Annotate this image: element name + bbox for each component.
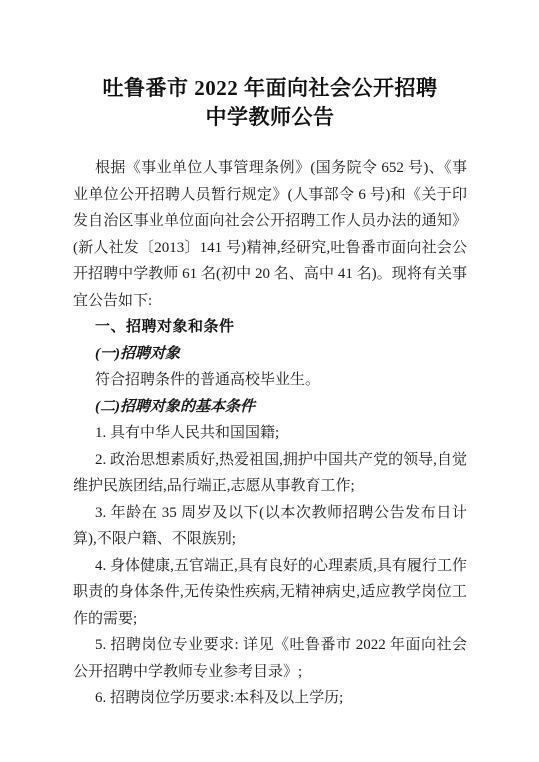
condition-item-5: 5. 招聘岗位专业要求: 详见《吐鲁番市 2022 年面向社会公开招聘中学教师专… xyxy=(73,632,467,685)
condition-item-3: 3. 年龄在 35 周岁及以下(以本次教师招聘公告发布日计算),不限户籍、不限族… xyxy=(73,500,467,553)
condition-item-6: 6. 招聘岗位学历要求:本科及以上学历; xyxy=(73,685,467,712)
condition-item-4: 4. 身体健康,五官端正,具有良好的心理素质,具有履行工作职责的身体条件,无传染… xyxy=(73,553,467,633)
document-page: 吐鲁番市 2022 年面向社会公开招聘 中学教师公告 根据《事业单位人事管理条例… xyxy=(0,0,539,762)
subsection-heading-targets: (一)招聘对象 xyxy=(73,341,467,368)
document-title-line-1: 吐鲁番市 2022 年面向社会公开招聘 xyxy=(73,74,467,103)
targets-paragraph: 符合招聘条件的普通高校毕业生。 xyxy=(73,367,467,394)
intro-paragraph: 根据《事业单位人事管理条例》(国务院令 652 号)、《事业单位公开招聘人员暂行… xyxy=(73,155,467,314)
subsection-heading-basic-conditions: (二)招聘对象的基本条件 xyxy=(73,394,467,421)
document-content: 吐鲁番市 2022 年面向社会公开招聘 中学教师公告 根据《事业单位人事管理条例… xyxy=(73,74,467,712)
document-title-line-2: 中学教师公告 xyxy=(73,103,467,132)
condition-item-2: 2. 政治思想素质好,热爱祖国,拥护中国共产党的领导,自觉维护民族团结,品行端正… xyxy=(73,447,467,500)
section-heading-recruitment-targets: 一、招聘对象和条件 xyxy=(73,314,467,341)
condition-item-1: 1. 具有中华人民共和国国籍; xyxy=(73,420,467,447)
document-title: 吐鲁番市 2022 年面向社会公开招聘 中学教师公告 xyxy=(73,74,467,132)
